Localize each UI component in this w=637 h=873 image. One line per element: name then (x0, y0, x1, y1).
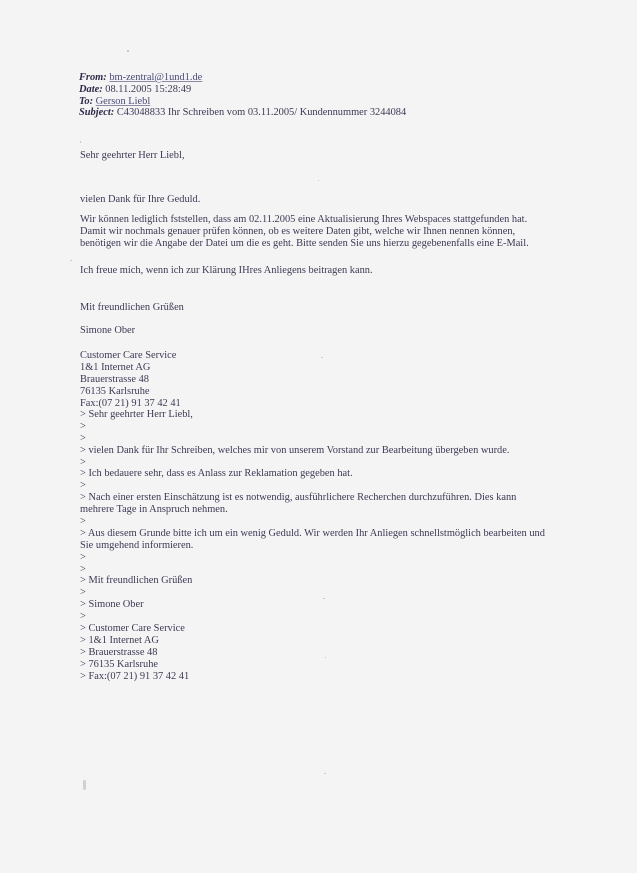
quoted-message: > Sehr geehrter Herr Liebl,>>> vielen Da… (80, 409, 545, 682)
greeting: Mit freundlichen Grüßen (80, 302, 184, 314)
header-from: From: bm-zentral@1und1.de (79, 72, 406, 84)
quoted-line: > (80, 552, 545, 564)
quoted-line: > (80, 587, 545, 599)
quoted-line: > 1&1 Internet AG (80, 635, 545, 647)
to-label: To: (79, 96, 93, 107)
header-subject: Subject: C43048833 Ihr Schreiben vom 03.… (79, 107, 406, 119)
to-recipient-link[interactable]: Gerson Liebl (96, 96, 151, 107)
scan-speck (80, 141, 81, 143)
main-paragraph: Wir können lediglich fststellen, dass am… (80, 214, 529, 250)
quoted-line: > Customer Care Service (80, 623, 545, 635)
header-date: Date: 08.11.2005 15:28:49 (79, 84, 406, 96)
email-header: From: bm-zentral@1und1.de Date: 08.11.20… (79, 72, 406, 119)
quoted-line: > (80, 457, 545, 469)
quoted-line: > Mit freundlichen Grüßen (80, 575, 545, 587)
quoted-line: > (80, 421, 545, 433)
quoted-line: > Nach einer ersten Einschätzung ist es … (80, 492, 545, 504)
thanks-line: vielen Dank für Ihre Geduld. (80, 194, 200, 206)
subject-value: C43048833 Ihr Schreiben vom 03.11.2005/ … (117, 107, 406, 118)
from-label: From: (79, 72, 107, 83)
scan-speck (321, 357, 323, 358)
quoted-line: > vielen Dank für Ihr Schreiben, welches… (80, 445, 545, 457)
signature-line: 1&1 Internet AG (80, 362, 181, 374)
quoted-line: > Sehr geehrter Herr Liebl, (80, 409, 545, 421)
salutation: Sehr geehrter Herr Liebl, (80, 150, 184, 162)
quoted-line: > (80, 433, 545, 445)
scan-speck (324, 773, 326, 774)
signature-line: Customer Care Service (80, 350, 181, 362)
quoted-line: > (80, 480, 545, 492)
quoted-line: Sie umgehend informieren. (80, 540, 545, 552)
quoted-line: > Fax:(07 21) 91 37 42 41 (80, 671, 545, 683)
scan-speck (127, 50, 129, 52)
quoted-line: > (80, 564, 545, 576)
paragraph-line: Damit wir nochmals genauer prüfen können… (80, 226, 529, 238)
scan-speck (325, 657, 326, 658)
date-value: 08.11.2005 15:28:49 (105, 84, 191, 95)
scan-speck (70, 260, 72, 261)
quoted-line: > Brauerstrasse 48 (80, 647, 545, 659)
signature-line: Fax:(07 21) 91 37 42 41 (80, 398, 181, 410)
from-email-link[interactable]: bm-zentral@1und1.de (109, 72, 202, 83)
header-to: To: Gerson Liebl (79, 96, 406, 108)
signature-block: Customer Care Service 1&1 Internet AG Br… (80, 350, 181, 410)
signature-line: 76135 Karlsruhe (80, 386, 181, 398)
quoted-line: > Ich bedauere sehr, dass es Anlass zur … (80, 468, 545, 480)
scanned-email-page: From: bm-zentral@1und1.de Date: 08.11.20… (0, 0, 637, 873)
closing-line: Ich freue mich, wenn ich zur Klärung IHr… (80, 265, 373, 277)
quoted-line: > Simone Ober (80, 599, 545, 611)
subject-label: Subject: (79, 107, 114, 118)
scan-speck (83, 780, 86, 790)
quoted-line: > 76135 Karlsruhe (80, 659, 545, 671)
signature-name: Simone Ober (80, 325, 135, 337)
scan-speck (323, 598, 325, 599)
quoted-line: > Aus diesem Grunde bitte ich um ein wen… (80, 528, 545, 540)
paragraph-line: Wir können lediglich fststellen, dass am… (80, 214, 529, 226)
paragraph-line: benötigen wir die Angabe der Datei um di… (80, 238, 529, 250)
quoted-line: > (80, 611, 545, 623)
quoted-line: > (80, 516, 545, 528)
date-label: Date: (79, 84, 103, 95)
scan-speck (318, 180, 319, 181)
quoted-line: mehrere Tage in Anspruch nehmen. (80, 504, 545, 516)
signature-line: Brauerstrasse 48 (80, 374, 181, 386)
